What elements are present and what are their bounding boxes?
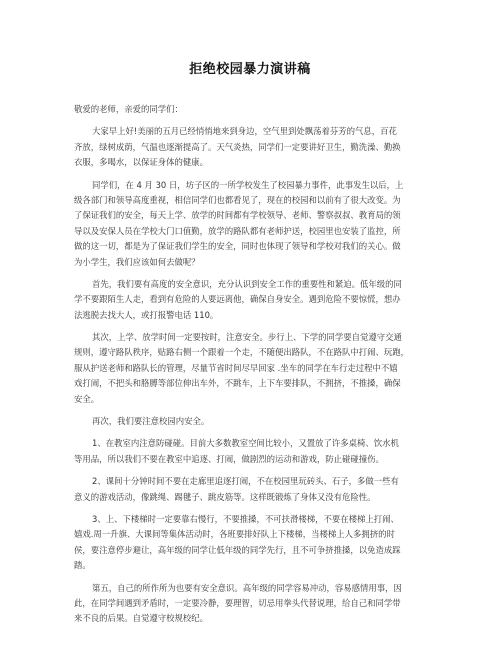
paragraph-line: 意义的游戏活动，像跳绳、踢毽子、跳皮筋等。这样既锻炼了身体又没有危险性。 xyxy=(74,490,428,505)
paragraph-line: 1、在教室内注意防碰碰。目前大多数教室空间比较小，又置放了许多桌椅、饮水机 xyxy=(74,436,428,451)
paragraph-line: 做的这一切，都是为了保证我们学生的安全，同时也体现了领导和学校对我们的关心。做 xyxy=(74,239,428,254)
paragraph-line: 2、课间十分钟时间不要在走廊里追逐打闹，不在校园里玩砖头、石子，多做一些有 xyxy=(74,474,428,489)
paragraph-line: 法逃脱去找大人，或打报警电话 110。 xyxy=(74,308,428,323)
paragraph-fifth: 第五，自己的所作所为也要有安全意识。高年级的同学容易冲动，容易感情用事，因 此，… xyxy=(74,581,428,627)
salutation: 敬爱的老师，亲爱的同学们： xyxy=(74,102,428,117)
paragraph-line: 嬉戏.周一升旗、大课间等集体活动时，各班要排好队上下楼梯，当楼梯上人多拥挤的时 xyxy=(74,527,428,542)
paragraph-line: 了保证我们的安全，每天上学、放学的时间都有学校领导、老师、警察叔叔、教育局的领 xyxy=(74,208,428,223)
paragraph-item-2: 2、课间十分钟时间不要在走廊里追逐打闹，不在校园里玩砖头、石子，多做一些有 意义… xyxy=(74,474,428,505)
paragraph-line: 导以及安保人员在学校大门口值勤，放学的路队都有老师护送，校园里也安装了监控，所 xyxy=(74,224,428,239)
document-page: 拒绝校园暴力演讲稿 敬爱的老师，亲爱的同学们： 大家早上好!美丽的五月已经悄悄地… xyxy=(0,0,500,647)
paragraph-line: 首先，我们要有高度的安全意识，充分认识到安全工作的重要性和紧迫。低年级的同 xyxy=(74,277,428,292)
paragraph-line: 3、上、下楼梯时一定要靠右慢行，不要推搡，不可扶滑楼梯，不要在楼梯上打闹、 xyxy=(74,512,428,527)
paragraph-line: 安全。 xyxy=(74,392,428,407)
paragraph-item-3: 3、上、下楼梯时一定要靠右慢行，不要推搡，不可扶滑楼梯，不要在楼梯上打闹、 嬉戏… xyxy=(74,512,428,574)
paragraph-line: 级各部门和领导高度重视，相信同学们也都看见了，现在的校园和以前有了很大改变。为 xyxy=(74,193,428,208)
paragraph-second: 其次，上学、放学时间一定要按时，注意安全。步行上、下学的同学要自觉遵守交通 规则… xyxy=(74,330,428,407)
paragraph-line: 大家早上好!美丽的五月已经悄悄地来到身边，空气里到处飘荡着芬芳的气息，百花 xyxy=(74,124,428,139)
paragraph-line: 侯，要注意停步避让，高年级的同学让低年级的同学先行，且不可争挤推搡，以免造成踩 xyxy=(74,543,428,558)
paragraph-line: 踏。 xyxy=(74,558,428,573)
paragraph-greeting: 大家早上好!美丽的五月已经悄悄地来到身边，空气里到处飘荡着芬芳的气息，百花 齐放… xyxy=(74,124,428,170)
paragraph-line: 为小学生，我们应该如何去做呢？ xyxy=(74,255,428,270)
paragraph-line: 齐放，绿树成荫，气温也逐渐提高了。天气炎热，同学们一定要讲好卫生，勤洗澡、勤换 xyxy=(74,140,428,155)
paragraph-line: 再次，我们要注意校园内安全。 xyxy=(74,414,428,429)
paragraph-line: 规则，遵守路队秩序，贴路右侧一个跟着一个走，不随便出路队，不在路队中打闹、玩跑， xyxy=(74,345,428,360)
paragraph-line: 衣服，多喝水，以保证身体的健康。 xyxy=(74,155,428,170)
paragraph-line: 第五，自己的所作所为也要有安全意识。高年级的同学容易冲动，容易感情用事，因 xyxy=(74,581,428,596)
paragraph-third: 再次，我们要注意校园内安全。 xyxy=(74,414,428,429)
paragraph-line: 同学们，在 4 月 30 日，坊子区的一所学校发生了校园暴力事件，此事发生以后，… xyxy=(74,178,428,193)
paragraph-incident: 同学们，在 4 月 30 日，坊子区的一所学校发生了校园暴力事件，此事发生以后，… xyxy=(74,178,428,270)
paragraph-line: 来不良的后果。自觉遵守校规校纪。 xyxy=(74,611,428,626)
paragraph-line: 服从护送老师和路队长的管理，尽量节省时间尽早回家 .坐车的同学在车行走过程中不嬉 xyxy=(74,361,428,376)
paragraph-item-1: 1、在教室内注意防碰碰。目前大多数教室空间比较小，又置放了许多桌椅、饮水机 等用… xyxy=(74,436,428,467)
document-title: 拒绝校园暴力演讲稿 xyxy=(0,58,500,77)
document-body: 敬爱的老师，亲爱的同学们： 大家早上好!美丽的五月已经悄悄地来到身边，空气里到处… xyxy=(74,102,428,627)
paragraph-line: 学不要跟陌生人走，看到有危险的人要远离他，确保自身安全。遇到危险不要惊慌，想办 xyxy=(74,292,428,307)
paragraph-line: 其次，上学、放学时间一定要按时，注意安全。步行上、下学的同学要自觉遵守交通 xyxy=(74,330,428,345)
paragraph-line: 戏打闹，不把头和胳膊等部位伸出车外，不跳车，上下车要排队，不拥挤，不推搡，确保 xyxy=(74,376,428,391)
paragraph-first: 首先，我们要有高度的安全意识，充分认识到安全工作的重要性和紧迫。低年级的同 学不… xyxy=(74,277,428,323)
paragraph-line: 等用品，所以我们不要在教室中追逐、打闹，做剧烈的运动和游戏，防止碰碰撞伤。 xyxy=(74,452,428,467)
paragraph-line: 此，在同学间遇到矛盾时，一定要冷静，要理智，切忌用拳头代替说理，给自己和同学带 xyxy=(74,596,428,611)
